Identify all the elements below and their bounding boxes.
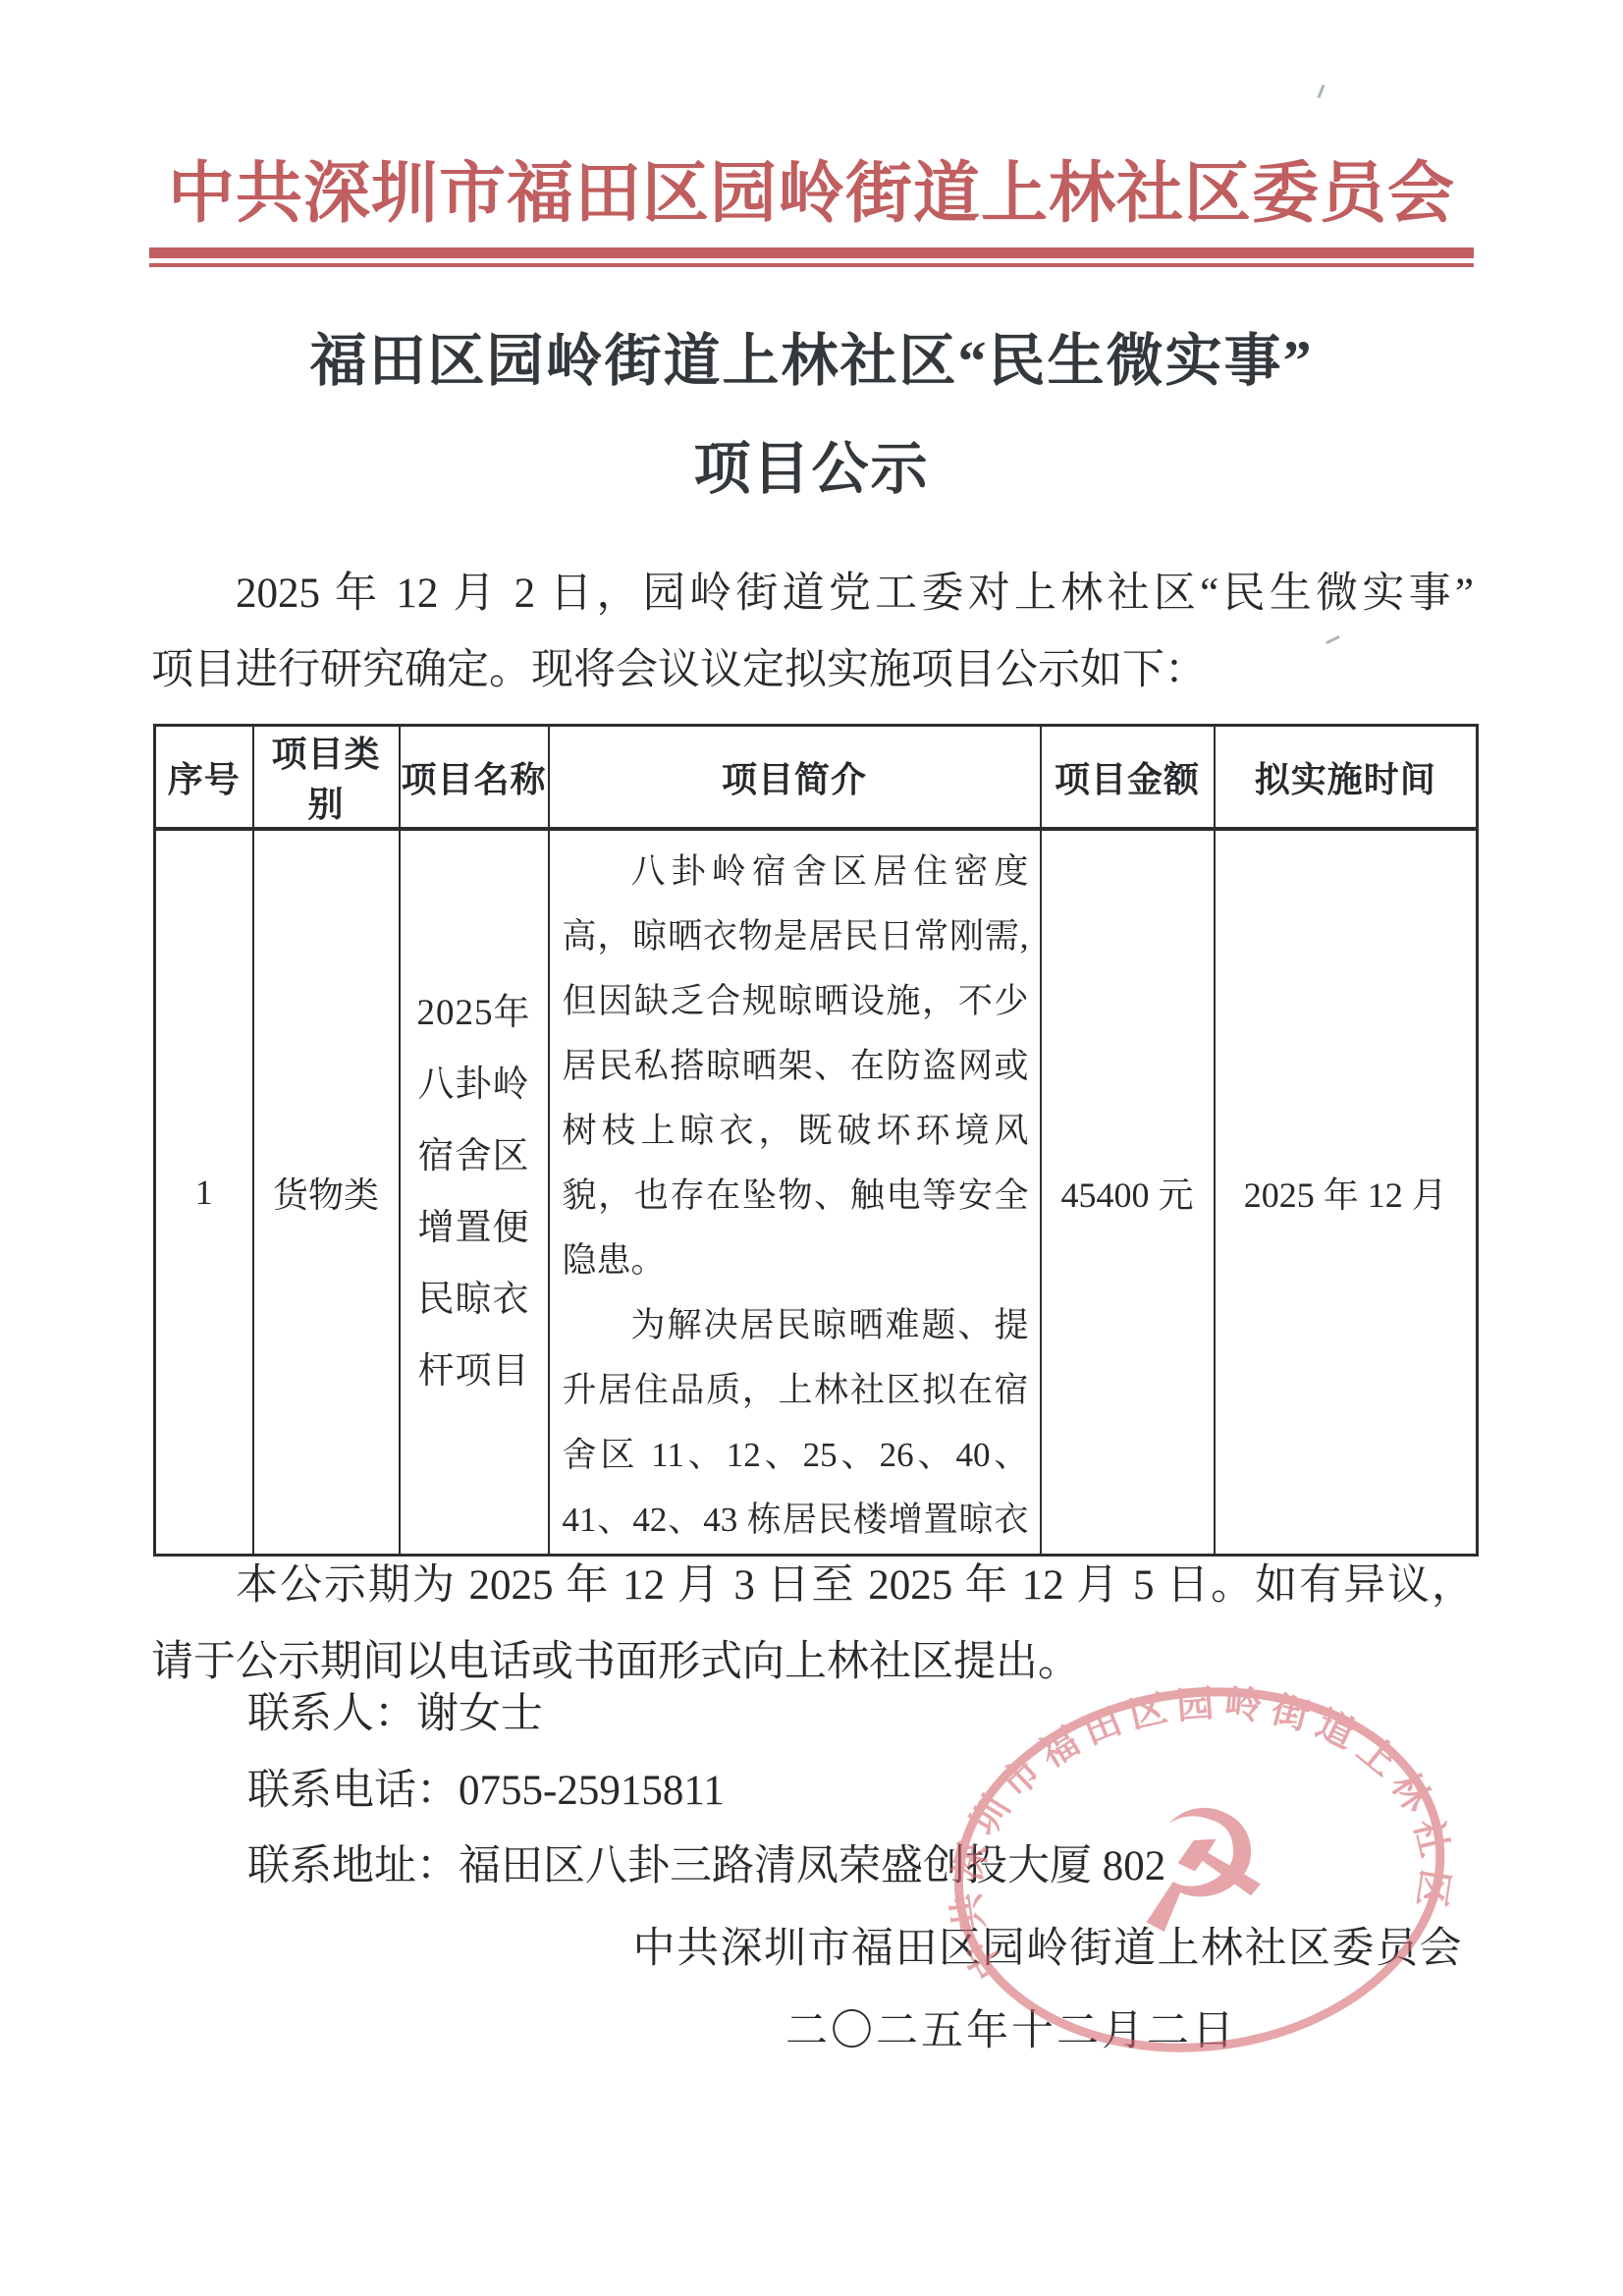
contact-phone-line: 联系电话：0755-25915811 — [152, 1764, 1474, 1819]
column-header-serial: 序号 — [155, 726, 253, 830]
cell-project-name: 2025年八卦岭宿舍区增置便民晾衣杆项目 — [400, 829, 549, 1556]
intro-line: 2025 年 12 月 2 日，园岭街道党工委对上林社区“民生微实事” — [151, 556, 1474, 632]
contact-person-line: 联系人：谢女士 — [152, 1687, 1474, 1742]
letterhead-org-title: 中共深圳市福田区园岭街道上林社区委员会 — [0, 139, 1623, 247]
notice-line: 本公示期为 2025 年 12 月 3 日至 2025 年 12 月 5 日。如… — [151, 1548, 1474, 1624]
column-header-name: 项目名称 — [400, 726, 549, 830]
date-line: 二〇二五年十二月二日 — [766, 1997, 1257, 2057]
cell-project-schedule: 2025 年 12 月 — [1215, 829, 1478, 1556]
scan-artifact — [1317, 84, 1325, 98]
divider-thick-line — [149, 247, 1474, 258]
intro-paragraph: 2025 年 12 月 2 日，园岭街道党工委对上林社区“民生微实事” 项目进行… — [151, 556, 1474, 709]
cell-project-summary: 八卦岭宿舍区居住密度高，晾晒衣物是居民日常刚需,但因缺乏合规晾晒设施，不少居民私… — [549, 829, 1041, 1556]
table-header-row: 序号 项目类别 项目名称 项目简介 项目金额 拟实施时间 — [155, 726, 1478, 830]
table-row: 1 货物类 2025年八卦岭宿舍区增置便民晾衣杆项目 八卦岭宿舍区居住密度高，晾… — [155, 829, 1478, 1556]
column-header-category: 项目类别 — [253, 726, 400, 830]
column-header-amount: 项目金额 — [1041, 726, 1215, 830]
letterhead-divider — [149, 247, 1474, 267]
summary-paragraph: 八卦岭宿舍区居住密度高，晾晒衣物是居民日常刚需,但因缺乏合规晾晒设施，不少居民私… — [563, 840, 1029, 1293]
document-title-line2: 项目公示 — [0, 422, 1623, 505]
cell-project-amount: 45400 元 — [1041, 829, 1215, 1556]
document-title-line1: 福田区园岭街道上林社区“民生微实事” — [0, 314, 1623, 397]
column-header-schedule: 拟实施时间 — [1215, 726, 1478, 830]
divider-thin-line — [149, 263, 1474, 267]
cell-serial-number: 1 — [155, 829, 253, 1556]
projects-table: 序号 项目类别 项目名称 项目简介 项目金额 拟实施时间 1 货物类 2025年… — [153, 724, 1479, 1557]
summary-text-box: 八卦岭宿舍区居住密度高，晾晒衣物是居民日常刚需,但因缺乏合规晾晒设施，不少居民私… — [550, 832, 1040, 1553]
column-header-summary: 项目简介 — [549, 726, 1041, 830]
document-page: 中共深圳市福田区园岭街道上林社区委员会 福田区园岭街道上林社区“民生微实事” 项… — [0, 0, 1623, 2296]
contact-address-line: 联系地址：福田区八卦三路清凤荣盛创投大厦 802 — [152, 1839, 1474, 1894]
notice-paragraph: 本公示期为 2025 年 12 月 3 日至 2025 年 12 月 5 日。如… — [151, 1548, 1474, 1701]
summary-paragraph: 为解决居民晾晒难题、提升居住品质，上林社区拟在宿舍区 11、12、25、26、4… — [563, 1293, 1029, 1553]
cell-project-category: 货物类 — [253, 829, 400, 1556]
signature-line: 中共深圳市福田区园岭街道上林社区委员会 — [633, 1915, 1464, 1975]
intro-line: 项目进行研究确定。现将会议议定拟实施项目公示如下： — [151, 632, 1474, 709]
